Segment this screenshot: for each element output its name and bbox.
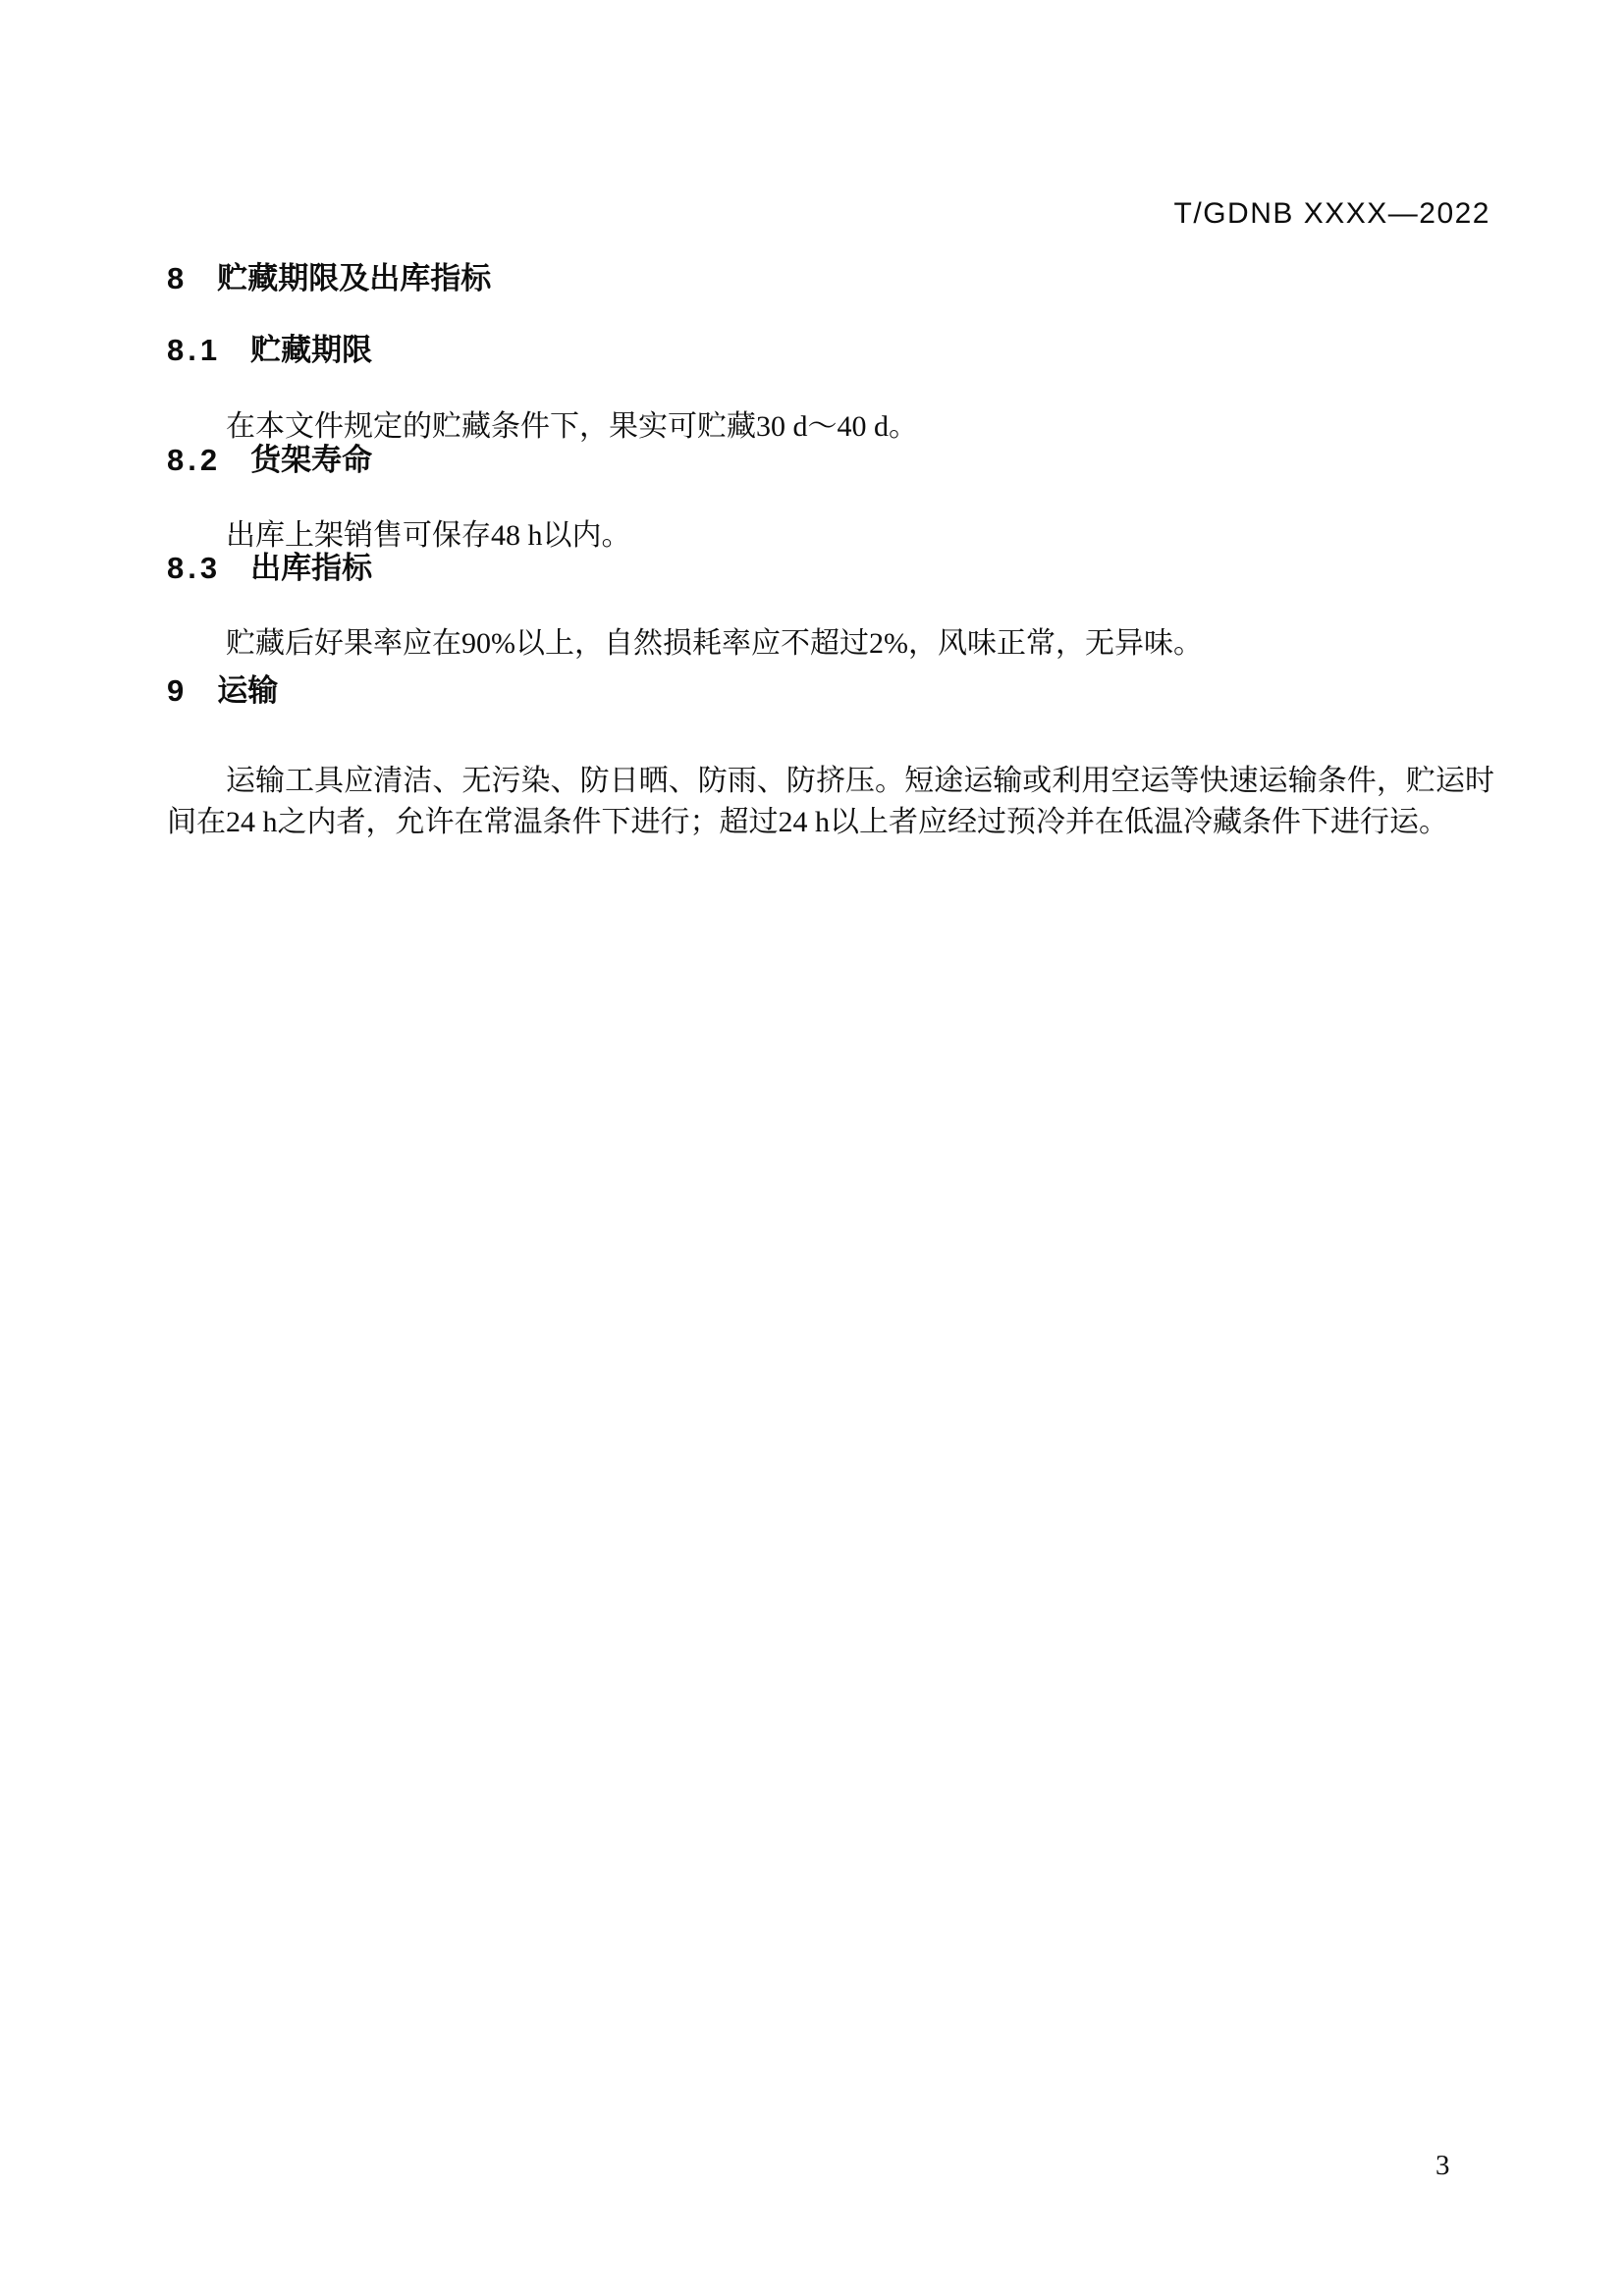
- clause-9-title: 运输: [217, 673, 278, 708]
- paragraph-clause-9: 运输工具应清洁、无污染、防日晒、防雨、防挤压。短途运输或利用空运等快速运输条件，…: [167, 761, 1494, 843]
- clause-8-1-number: 8.1: [167, 333, 221, 368]
- heading-clause-8-3: 8.3出库指标: [167, 543, 372, 587]
- heading-clause-8-2: 8.2货架寿命: [167, 435, 372, 479]
- clause-8-2-title: 货架寿命: [250, 443, 372, 477]
- clause-8-title: 贮藏期限及出库指标: [217, 261, 491, 295]
- clause-8-1-title: 贮藏期限: [250, 333, 372, 367]
- clause-9-number: 9: [167, 673, 188, 709]
- clause-8-2-number: 8.2: [167, 443, 221, 478]
- document-page: T/GDNB XXXX—2022 8贮藏期限及出库指标 8.1贮藏期限 在本文件…: [0, 0, 1624, 2296]
- doc-number-header: T/GDNB XXXX—2022: [1174, 197, 1490, 231]
- heading-clause-8-1: 8.1贮藏期限: [167, 325, 372, 369]
- page-number: 3: [1435, 2150, 1450, 2182]
- clause-8-3-number: 8.3: [167, 551, 221, 586]
- paragraph-clause-8-3: 贮藏后好果率应在90%以上，自然损耗率应不超过2%，风味正常，无异味。: [167, 623, 1494, 665]
- clause-8-number: 8: [167, 261, 188, 296]
- heading-clause-8: 8贮藏期限及出库指标: [167, 253, 491, 297]
- clause-8-3-title: 出库指标: [250, 551, 372, 585]
- heading-clause-9: 9运输: [167, 666, 278, 710]
